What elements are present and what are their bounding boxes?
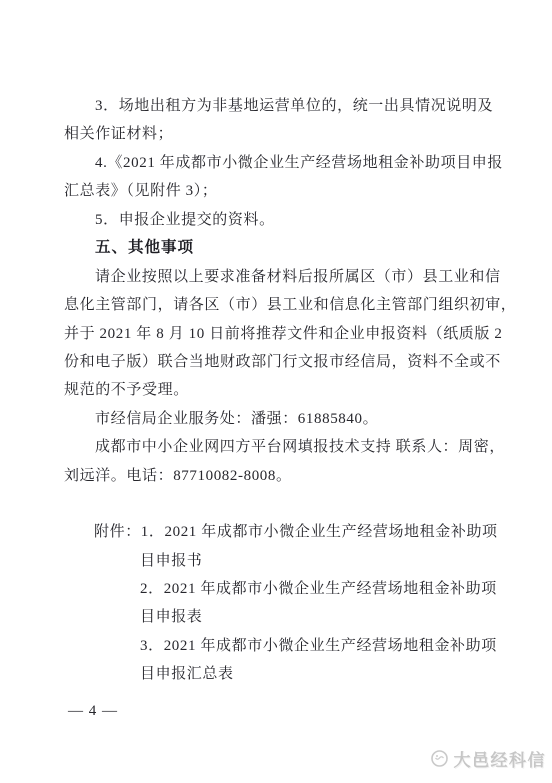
attachment-list: 附件：1．2021 年成都市小微企业生产经营场地租金补助项 目申报书 2．202… [64, 518, 500, 689]
attachment-line: 目申报书 [64, 547, 500, 575]
attachment-line: 2．2021 年成都市小微企业生产经营场地租金补助项 [64, 575, 500, 603]
circular-logo-icon [430, 749, 449, 768]
body-line: 市经信局企业服务处：潘强：61885840。 [64, 405, 500, 433]
body-line: 汇总表》（见附件 3）； [64, 177, 500, 205]
watermark-label: 大邑经科信 [454, 746, 547, 771]
attachment-line: 附件：1．2021 年成都市小微企业生产经营场地租金补助项 [64, 518, 500, 546]
attachment-line: 3．2021 年成都市小微企业生产经营场地租金补助项 [64, 632, 500, 660]
body-line: 3．场地出租方为非基地运营单位的，统一出具情况说明及 [64, 92, 500, 120]
section-heading: 五、其他事项 [64, 234, 500, 262]
body-line: 份和电子版）联合当地财政部门行文报市经信局，资料不全或不 [64, 348, 500, 376]
body-line: 成都市中小企业网四方平台网填报技术支持 联系人：周密， [64, 433, 500, 461]
body-line: 5．申报企业提交的资料。 [64, 206, 500, 234]
attachment-line: 目申报汇总表 [64, 660, 500, 688]
body-line: 刘远洋。电话：87710082-8008。 [64, 462, 500, 490]
body-line: 规范的不予受理。 [64, 376, 500, 404]
attachment-line: 目申报表 [64, 603, 500, 631]
document-body: 3．场地出租方为非基地运营单位的，统一出具情况说明及 相关作证材料； 4.《20… [64, 92, 500, 725]
body-line: 4.《2021 年成都市小微企业生产经营场地租金补助项目申报 [64, 149, 500, 177]
watermark: 大邑经科信 [430, 746, 547, 771]
body-line: 相关作证材料； [64, 120, 500, 148]
page-number: — 4 — [68, 697, 500, 725]
body-line: 并于 2021 年 8 月 10 日前将推荐文件和企业申报资料（纸质版 2 [64, 320, 500, 348]
body-line: 请企业按照以上要求准备材料后报所属区（市）县工业和信 [64, 263, 500, 291]
body-line: 息化主管部门，请各区（市）县工业和信息化主管部门组织初审， [64, 291, 500, 319]
document-page: 3．场地出租方为非基地运营单位的，统一出具情况说明及 相关作证材料； 4.《20… [0, 0, 552, 783]
